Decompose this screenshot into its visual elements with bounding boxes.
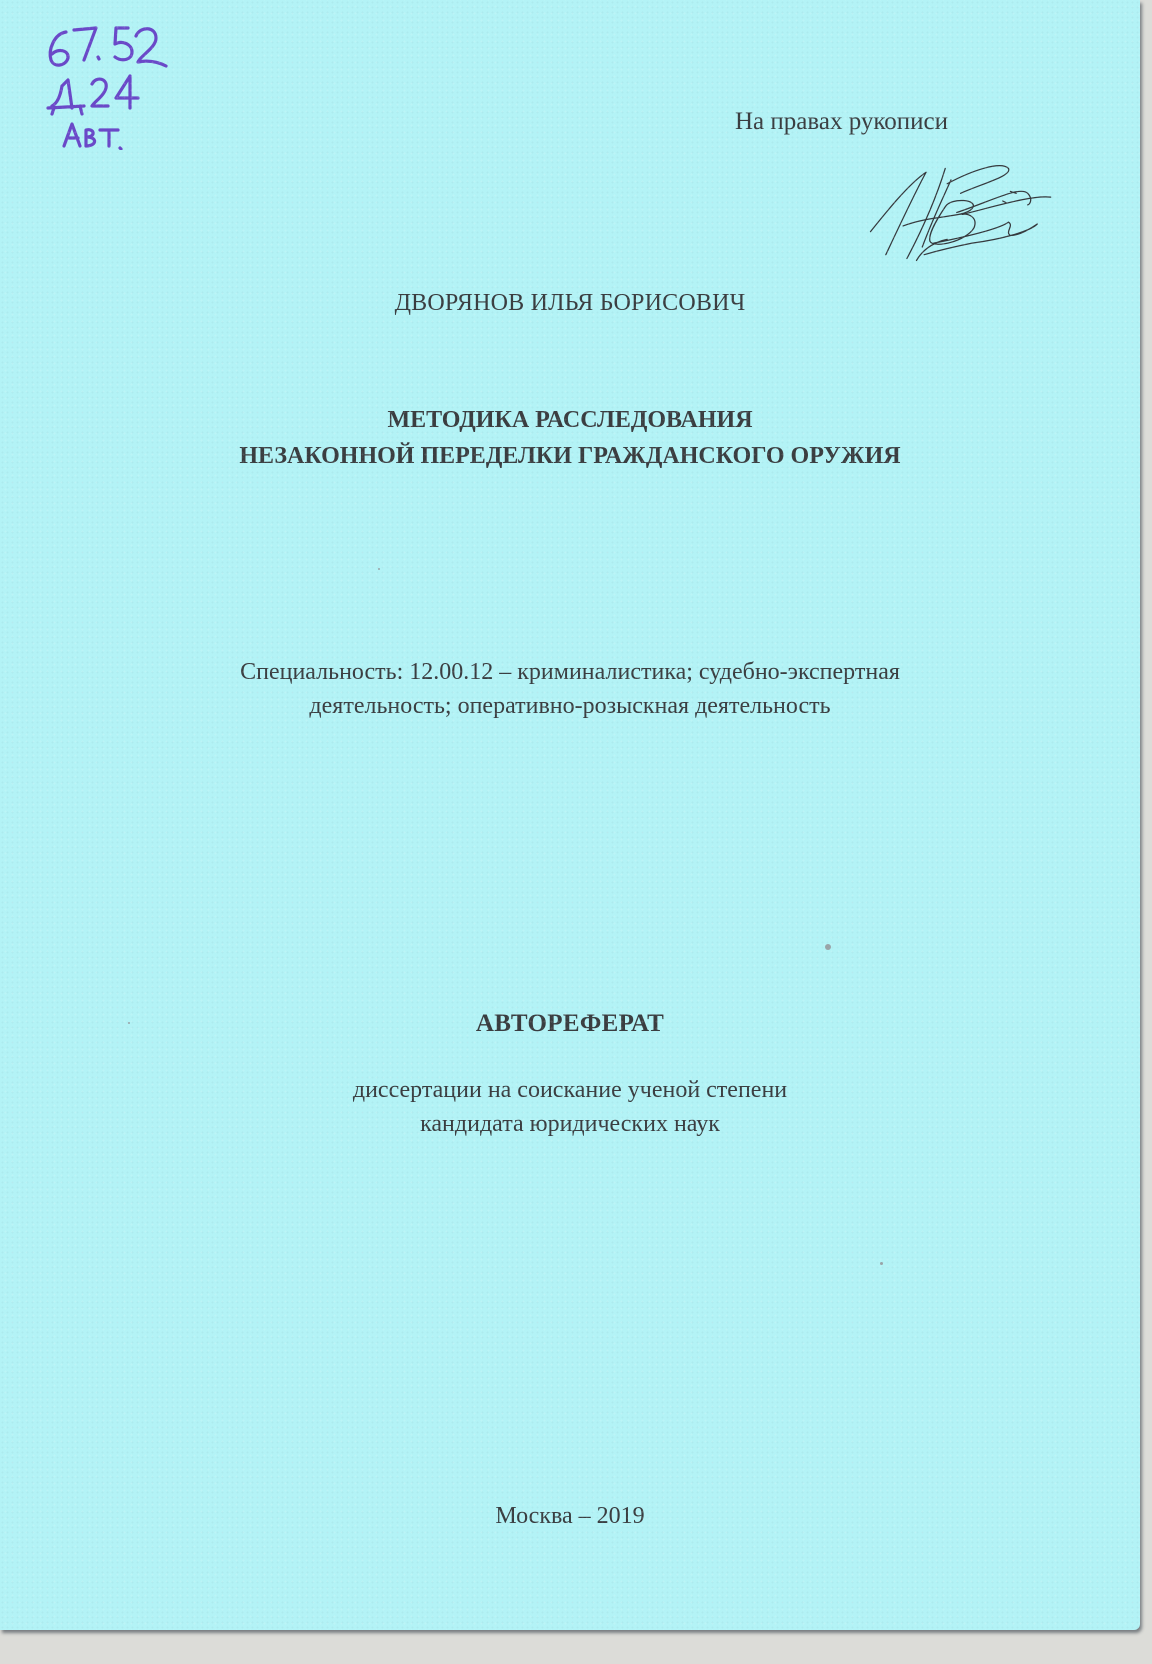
handwritten-library-code	[36, 10, 186, 150]
author-signature	[865, 155, 1060, 270]
degree-description: диссертации на соискание ученой степени …	[0, 1073, 1140, 1141]
scan-speck	[378, 568, 380, 570]
rights-notice: На правах рукописи	[735, 108, 948, 136]
scan-speck	[880, 1262, 883, 1265]
title-line-2: НЕЗАКОННОЙ ПЕРЕДЕЛКИ ГРАЖДАНСКОГО ОРУЖИЯ	[0, 438, 1140, 474]
degree-line-1: диссертации на соискание ученой степени	[0, 1073, 1140, 1107]
specialty-line-2: деятельность; оперативно-розыскная деяте…	[0, 689, 1140, 723]
place-and-year: Москва – 2019	[0, 1503, 1140, 1530]
specialty-line-1: Специальность: 12.00.12 – криминалистика…	[0, 655, 1140, 689]
document-type-heading: АВТОРЕФЕРАТ	[0, 1010, 1140, 1038]
specialty: Специальность: 12.00.12 – криминалистика…	[0, 655, 1140, 723]
scan-speck	[825, 944, 831, 950]
document-page: На правах рукописи ДВОРЯНОВ ИЛЬЯ БОРИСОВ…	[0, 0, 1140, 1630]
title-line-1: МЕТОДИКА РАССЛЕДОВАНИЯ	[0, 402, 1140, 438]
dissertation-title: МЕТОДИКА РАССЛЕДОВАНИЯ НЕЗАКОННОЙ ПЕРЕДЕ…	[0, 402, 1140, 474]
degree-line-2: кандидата юридических наук	[0, 1107, 1140, 1141]
scan-speck	[128, 1022, 130, 1024]
author-name: ДВОРЯНОВ ИЛЬЯ БОРИСОВИЧ	[0, 290, 1140, 317]
